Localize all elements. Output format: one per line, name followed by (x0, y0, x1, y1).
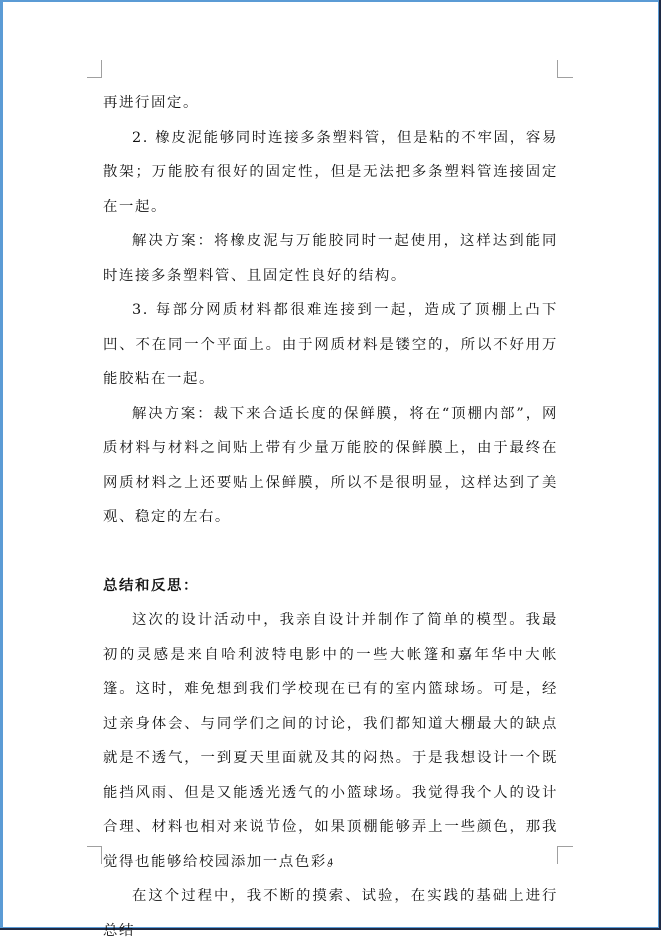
crop-mark-top-right (557, 60, 573, 78)
blank-line (103, 535, 558, 569)
paragraph-solution-2: 解决方案：将橡皮泥与万能胶同时一起使用，这样达到能同时连接多条塑料管、且固定性良… (103, 224, 558, 293)
paragraph-summary-1: 这次的设计活动中，我亲自设计并制作了简单的模型。我最初的灵感是来自哈利波特电影中… (103, 603, 558, 879)
paragraph-solution-3: 解决方案：裁下来合适长度的保鲜膜，将在“顶棚内部”，网质材料与材料之间贴上带有少… (103, 397, 558, 535)
section-heading-summary: 总结和反思： (103, 569, 558, 604)
paragraph-summary-2: 在这个过程中，我不断的摸索、试验，在实践的基础上进行总结 (103, 879, 558, 930)
paragraph-continuation: 再进行固定。 (103, 86, 558, 121)
crop-mark-top-left (87, 60, 102, 78)
paragraph-problem-3: 3. 每部分网质材料都很难连接到一起，造成了顶棚上凸下凹、不在同一个平面上。由于… (103, 293, 558, 397)
paragraph-problem-2: 2. 橡皮泥能够同时连接多条塑料管，但是粘的不牢固，容易散架；万能胶有很好的固定… (103, 121, 558, 225)
page-number: 4 (0, 858, 661, 868)
document-body: 再进行固定。 2. 橡皮泥能够同时连接多条塑料管，但是粘的不牢固，容易散架；万能… (103, 86, 558, 930)
